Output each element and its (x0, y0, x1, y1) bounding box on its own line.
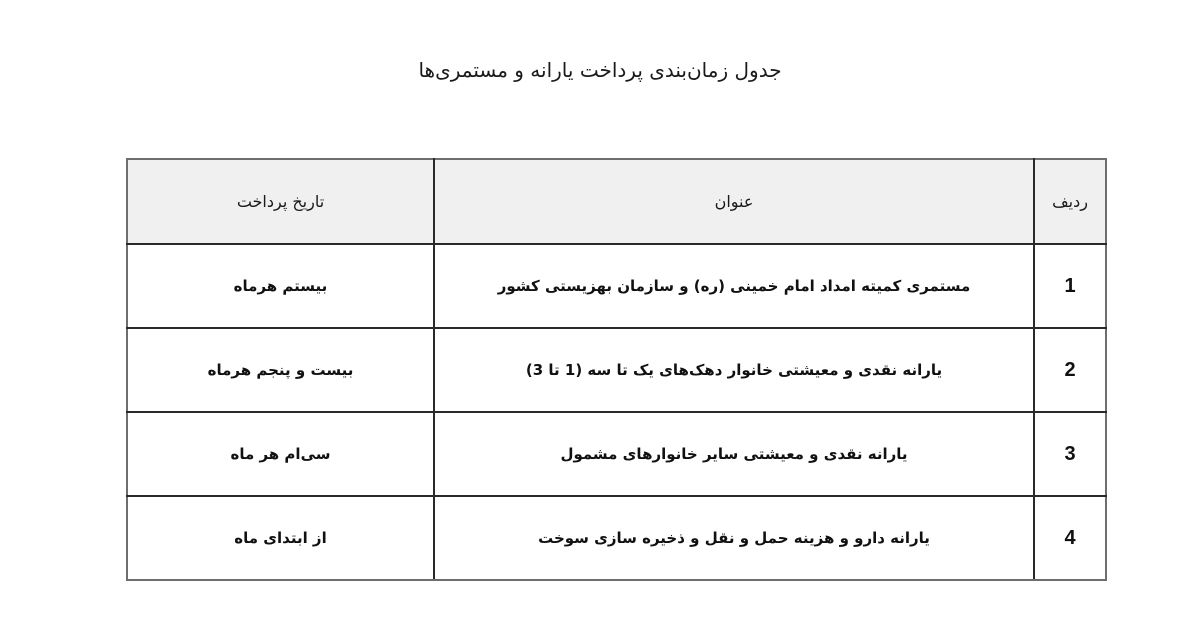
row-payment-date: بیست و پنجم هرماه (127, 328, 434, 412)
row-number: 1 (1034, 244, 1106, 328)
table-row: 1 مستمری کمیته امداد امام خمینی (ره) و س… (127, 244, 1106, 328)
table-row: 4 یارانه دارو و هزینه حمل و نقل و ذخیره … (127, 496, 1106, 580)
table-row: 3 یارانه نقدی و معیشتی سایر خانوارهای مش… (127, 412, 1106, 496)
row-number: 4 (1034, 496, 1106, 580)
header-title: عنوان (434, 159, 1034, 244)
payment-schedule-table: ردیف عنوان تاریخ پرداخت 1 مستمری کمیته ا… (126, 158, 1107, 581)
row-payment-date: سی‌ام هر ماه (127, 412, 434, 496)
table-row: 2 یارانه نقدی و معیشتی خانوار دهک‌های یک… (127, 328, 1106, 412)
row-title: یارانه نقدی و معیشتی سایر خانوارهای مشمو… (434, 412, 1034, 496)
header-row-number: ردیف (1034, 159, 1106, 244)
page-title: جدول زمان‌بندی پرداخت یارانه و مستمری‌ها (0, 58, 1200, 82)
header-payment-date: تاریخ پرداخت (127, 159, 434, 244)
row-number: 2 (1034, 328, 1106, 412)
row-title: یارانه نقدی و معیشتی خانوار دهک‌های یک ت… (434, 328, 1034, 412)
row-title: یارانه دارو و هزینه حمل و نقل و ذخیره سا… (434, 496, 1034, 580)
row-number: 3 (1034, 412, 1106, 496)
table-header-row: ردیف عنوان تاریخ پرداخت (127, 159, 1106, 244)
row-payment-date: بیستم هرماه (127, 244, 434, 328)
row-payment-date: از ابتدای ماه (127, 496, 434, 580)
row-title: مستمری کمیته امداد امام خمینی (ره) و ساز… (434, 244, 1034, 328)
